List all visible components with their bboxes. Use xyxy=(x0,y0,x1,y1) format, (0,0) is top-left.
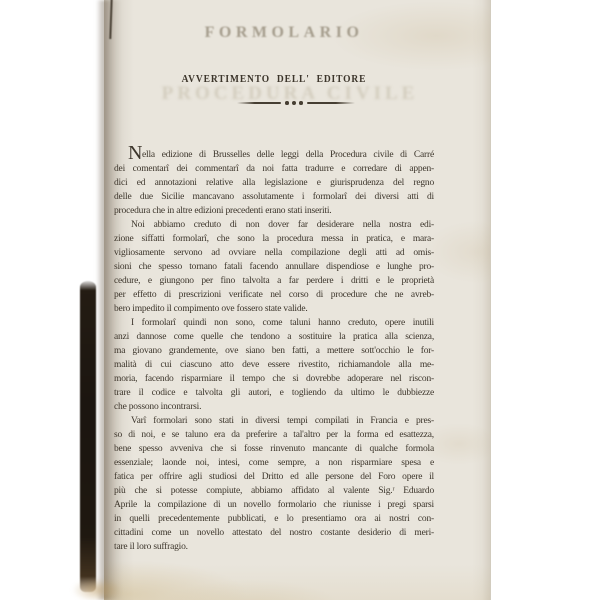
paragraph: Varî formolari sono stati in diversi tem… xyxy=(114,414,434,554)
text-line: cedure, e giungono per fino talvolta a f… xyxy=(114,274,434,288)
text-line: Noi abbiamo creduto di non dover far des… xyxy=(114,218,434,232)
text-line: so di noi, e se taluno era da preferire … xyxy=(114,428,434,442)
text-line: I formolarî quindi non sono, come taluni… xyxy=(114,316,434,330)
showthrough-title: FORMOLARIO xyxy=(114,24,454,42)
text-line: Aprile la compilazione di un novello for… xyxy=(114,498,434,512)
ornament-dot xyxy=(292,101,297,106)
book-page: FORMOLARIO PROCEDURA CIVILE AVVERTIMENTO… xyxy=(104,0,491,600)
text-line: vigliosamente servono ad ovviare nella c… xyxy=(114,246,434,260)
divider-ornament-icon xyxy=(136,99,456,107)
paragraph: Noi abbiamo creduto di non dover far des… xyxy=(114,218,434,316)
page-heading: AVVERTIMENTO DELL' EDITORE xyxy=(130,74,418,85)
text-line: per effetto di prescrizioni verificate n… xyxy=(114,288,434,302)
text-line: più che si potesse compiute, abbiamo aff… xyxy=(114,484,434,498)
text-line: cittadini come un novello attestato del … xyxy=(114,526,434,540)
paper-stain xyxy=(72,578,122,600)
text-line: anzi dannose come quelle che tendono a s… xyxy=(114,330,434,344)
body-text: N ella edizione di Brusselles delle legg… xyxy=(114,148,434,554)
page-gutter-shadow xyxy=(96,0,122,600)
text-line: essenziale; laonde noi, intesi, come sem… xyxy=(114,456,434,470)
ornament-rule-right xyxy=(307,102,355,104)
text-line: che possono incontrarsi. xyxy=(114,400,434,414)
ornament-dot xyxy=(299,101,303,105)
paragraph: I formolarî quindi non sono, come taluni… xyxy=(114,316,434,414)
book-binding-edge xyxy=(80,281,96,592)
text-line: zione siffatti formolarî, che sono la pr… xyxy=(114,232,434,246)
text-line: dei comentarî dei commentarî da noi fatt… xyxy=(114,162,434,176)
text-line: procedura che in altre edizioni preceden… xyxy=(114,204,434,218)
paragraph: ella edizione di Brusselles delle leggi … xyxy=(114,148,434,218)
text-line: delle due Sicilie mancavano assolutament… xyxy=(114,190,434,204)
text-line: ella edizione di Brusselles delle leggi … xyxy=(114,148,434,162)
dropcap-initial: N xyxy=(128,143,142,163)
text-line: dici ed annotazioni relative alla legisl… xyxy=(114,176,434,190)
text-line: tare il loro suffragio. xyxy=(114,540,434,554)
text-line: malità di cui ciascuno atto deve essere … xyxy=(114,358,434,372)
text-line: ma giovano grandemente, ove siano ben fa… xyxy=(114,344,434,358)
text-line: Varî formolari sono stati in diversi tem… xyxy=(114,414,434,428)
text-line: bero impedito il compimento ove fossero … xyxy=(114,302,434,316)
ornament-dot xyxy=(285,101,289,105)
text-line: in quelli precedentemente pubblicati, e … xyxy=(114,512,434,526)
text-line: sioni che spesso tornano fatali facendo … xyxy=(114,260,434,274)
text-line: bene spesso avveniva che si fosse rinven… xyxy=(114,442,434,456)
book-scan-photo: FORMOLARIO PROCEDURA CIVILE AVVERTIMENTO… xyxy=(0,0,600,600)
text-line: fatica per offrire agli studiosi del Dri… xyxy=(114,470,434,484)
text-line: moria, facendo risparmiare il tempo che … xyxy=(114,372,434,386)
text-line: trare il codice e talvolta gli autori, e… xyxy=(114,386,434,400)
ornament-rule-left xyxy=(237,102,281,105)
